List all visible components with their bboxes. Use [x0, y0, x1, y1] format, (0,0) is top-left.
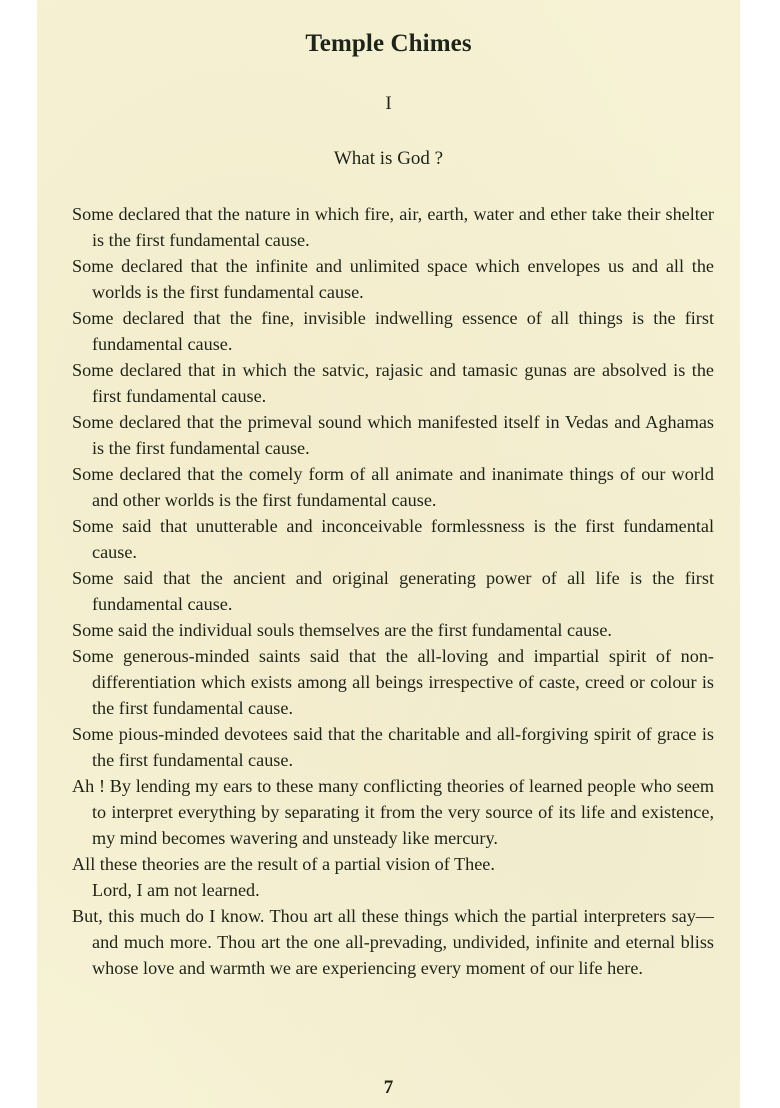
- paragraph: Ah ! By lending my ears to these many co…: [72, 773, 714, 851]
- paragraph: Some declared that the primeval sound wh…: [72, 409, 714, 461]
- paragraph: Some declared that the comely form of al…: [72, 461, 714, 513]
- paragraph: Some said that the ancient and original …: [72, 565, 714, 617]
- paragraph: Some said the individual souls themselve…: [72, 617, 714, 643]
- paragraph: Some declared that the fine, invisible i…: [72, 305, 714, 357]
- paragraph: Some generous-minded saints said that th…: [72, 643, 714, 721]
- book-title: Temple Chimes: [37, 30, 740, 58]
- paragraph: Some declared that in which the satvic, …: [72, 357, 714, 409]
- paragraph: All these theories are the result of a p…: [72, 851, 714, 877]
- paragraph: Some pious-minded devotees said that the…: [72, 721, 714, 773]
- closing-paragraph: But, this much do I know. Thou art all t…: [72, 903, 714, 981]
- book-page: Temple Chimes I What is God ? Some decla…: [37, 0, 740, 1108]
- paragraph: Some said that unutterable and inconceiv…: [72, 513, 714, 565]
- indented-line: Lord, I am not learned.: [72, 877, 714, 903]
- section-title: What is God ?: [37, 148, 740, 170]
- section-numeral: I: [37, 93, 740, 115]
- page-body: Some declared that the nature in which f…: [72, 201, 714, 981]
- page-number: 7: [37, 1077, 740, 1099]
- paragraph: Some declared that the infinite and unli…: [72, 253, 714, 305]
- paragraph: Some declared that the nature in which f…: [72, 201, 714, 253]
